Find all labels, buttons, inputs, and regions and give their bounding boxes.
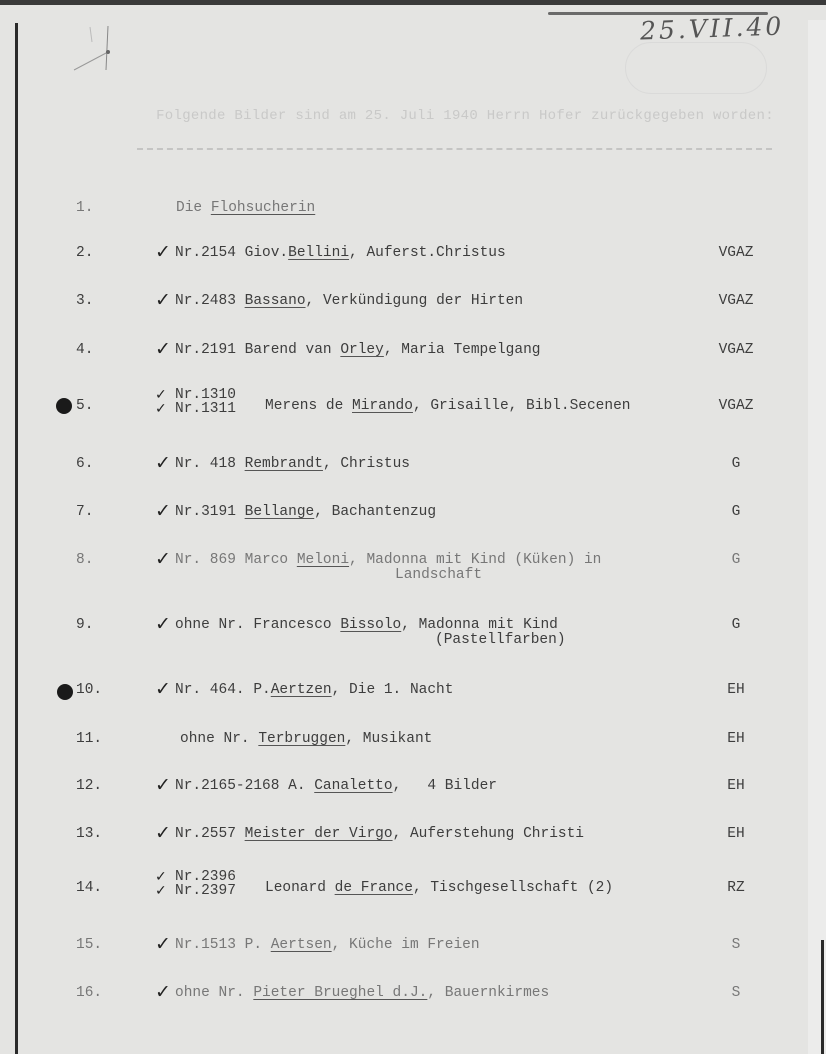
item-number: 9. [76, 617, 116, 633]
check-mark-icon: ✓ [155, 774, 171, 796]
check-mark-icon: ✓ [155, 388, 167, 402]
location-code: S [706, 937, 766, 953]
item-number: 2. [76, 245, 116, 261]
check-mark-icon: ✓ [155, 678, 171, 700]
item-number: 8. [76, 552, 116, 568]
item-description: Nr.2154 Giov.Bellini, Auferst.Christus [175, 245, 506, 261]
artist-name: Mirando [352, 398, 413, 414]
location-code: VGAZ [706, 398, 766, 414]
item-number: 14. [76, 880, 116, 896]
artist-name: Bellange [245, 504, 315, 520]
document-header: Folgende Bilder sind am 25. Juli 1940 He… [155, 108, 775, 124]
inventory-numbers: ✓Nr.1310✓Nr.1311 [175, 388, 236, 416]
paper-right-margin [808, 20, 826, 1054]
artist-name: Bellini [288, 245, 349, 261]
item-description: Nr.1513 P. Aertsen, Küche im Freien [175, 937, 480, 953]
item-description: Nr.2483 Bassano, Verkündigung der Hirten [175, 293, 523, 309]
item-number: 15. [76, 937, 116, 953]
item-description: Nr.3191 Bellange, Bachantenzug [175, 504, 436, 520]
item-number: 12. [76, 778, 116, 794]
item-description: Nr. 418 Rembrandt, Christus [175, 456, 410, 472]
item-number: 3. [76, 293, 116, 309]
check-mark-icon: ✓ [155, 402, 167, 416]
artist-name: Aertsen [271, 937, 332, 953]
artist-name: Aertzen [271, 682, 332, 698]
location-code: EH [706, 682, 766, 698]
artist-name: Rembrandt [245, 456, 323, 472]
check-mark-icon: ✓ [155, 870, 167, 884]
check-mark-icon: ✓ [155, 613, 171, 635]
location-code: EH [706, 778, 766, 794]
location-code: EH [706, 826, 766, 842]
item-description: Nr.2557 Meister der Virgo, Auferstehung … [175, 826, 584, 842]
artist-name: Flohsucherin [211, 200, 315, 216]
check-mark-icon: ✓ [155, 981, 171, 1003]
item-number: 4. [76, 342, 116, 358]
item-description: Die Flohsucherin [176, 200, 315, 216]
artist-name: de France [335, 880, 413, 896]
item-number: 7. [76, 504, 116, 520]
item-number: 11. [76, 731, 116, 747]
item-number: 1. [76, 200, 116, 216]
item-number: 5. [76, 398, 116, 414]
item-description: Nr. 869 Marco Meloni, Madonna mit Kind (… [175, 552, 601, 582]
header-dashed-rule [137, 148, 772, 150]
check-mark-icon: ✓ [155, 338, 171, 360]
inventory-numbers: ✓Nr.2396✓Nr.2397 [175, 870, 236, 898]
location-code: EH [706, 731, 766, 747]
check-mark-icon: ✓ [155, 289, 171, 311]
artist-name: Meister der Virgo [245, 826, 393, 842]
location-code: G [706, 504, 766, 520]
faint-stamp [625, 42, 767, 94]
location-code: VGAZ [706, 245, 766, 261]
artist-name: Orley [340, 342, 384, 358]
location-code: VGAZ [706, 342, 766, 358]
location-code: G [706, 617, 766, 633]
item-description: ohne Nr. Terbruggen, Musikant [180, 731, 432, 747]
item-description: Nr.2191 Barend van Orley, Maria Tempelga… [175, 342, 540, 358]
item-number: 6. [76, 456, 116, 472]
location-code: S [706, 985, 766, 1001]
item-number: 10. [76, 682, 116, 698]
ink-blot [56, 398, 72, 414]
item-description: Nr.2165-2168 A. Canaletto, 4 Bilder [175, 778, 497, 794]
location-code: G [706, 552, 766, 568]
item-description: Merens de Mirando, Grisaille, Bibl.Secen… [265, 398, 630, 414]
item-description: ohne Nr. Francesco Bissolo, Madonna mit … [175, 617, 566, 647]
check-mark-icon: ✓ [155, 884, 167, 898]
item-number: 16. [76, 985, 116, 1001]
artist-name: Pieter Brueghel d.J. [253, 985, 427, 1001]
artist-name: Bassano [245, 293, 306, 309]
item-description: Leonard de France, Tischgesellschaft (2) [265, 880, 613, 896]
location-code: G [706, 456, 766, 472]
item-number: 13. [76, 826, 116, 842]
artist-name: Canaletto [314, 778, 392, 794]
handwritten-date: 25.VII.40 [640, 11, 785, 45]
artist-name: Terbruggen [258, 731, 345, 747]
check-mark-icon: ✓ [155, 241, 171, 263]
scan-top-edge [0, 0, 826, 5]
location-code: RZ [706, 880, 766, 896]
pencil-mark-icon [70, 22, 120, 82]
item-description: ohne Nr. Pieter Brueghel d.J., Bauernkir… [175, 985, 549, 1001]
right-margin-rule [821, 940, 824, 1054]
ink-blot [57, 684, 73, 700]
check-mark-icon: ✓ [155, 452, 171, 474]
left-margin-rule [15, 23, 18, 1054]
check-mark-icon: ✓ [155, 933, 171, 955]
artist-name: Meloni [297, 552, 349, 568]
item-description: Nr. 464. P.Aertzen, Die 1. Nacht [175, 682, 453, 698]
check-mark-icon: ✓ [155, 822, 171, 844]
check-mark-icon: ✓ [155, 500, 171, 522]
artist-name: Bissolo [340, 617, 401, 633]
check-mark-icon: ✓ [155, 548, 171, 570]
location-code: VGAZ [706, 293, 766, 309]
